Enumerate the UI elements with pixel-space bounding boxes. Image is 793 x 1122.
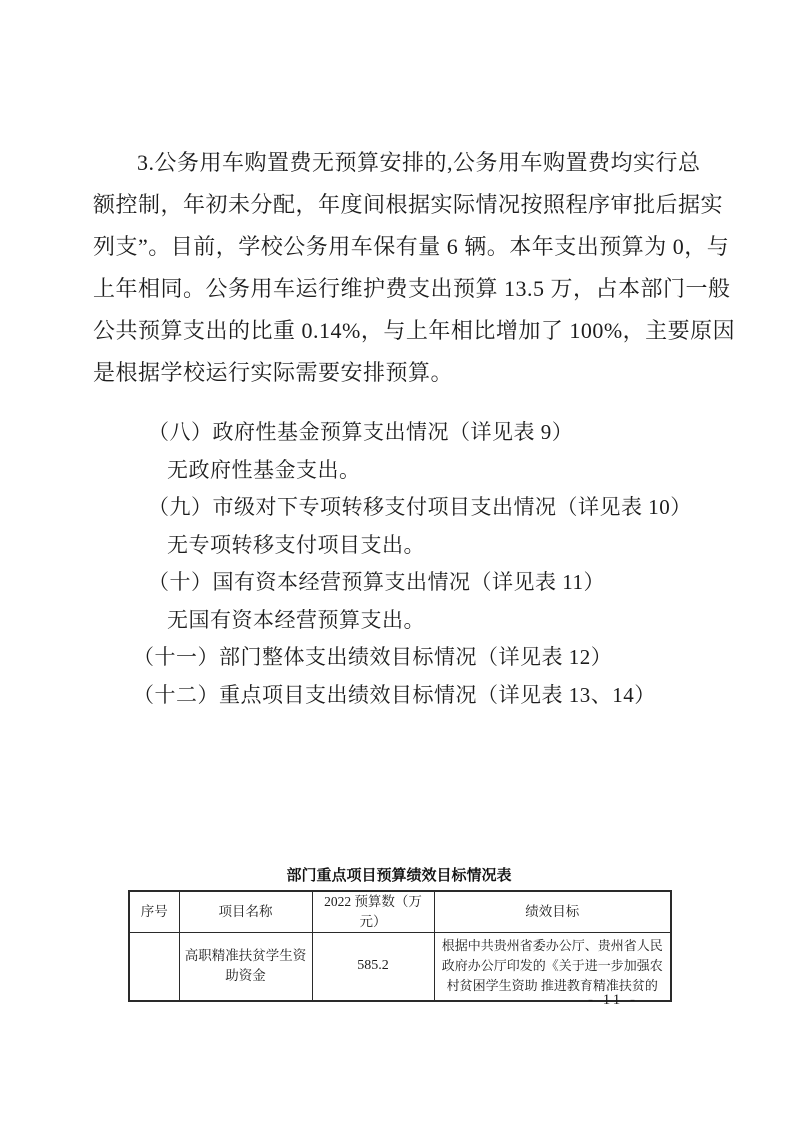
- table-row: 高职精准扶贫学生资助资金 585.2 根据中共贵州省委办公厅、贵州省人民政府办公…: [129, 933, 671, 1001]
- note-no-state-capital-budget: 无国有资本经营预算支出。: [93, 602, 713, 640]
- paragraph-line: 公共预算支出的比重 0.14%，与上年相比增加了 100%，主要原因: [93, 310, 700, 352]
- heading-gov-fund-expenditure: （八）政府性基金预算支出情况（详见表 9）: [93, 414, 713, 452]
- table-title: 部门重点项目预算绩效目标情况表: [128, 864, 670, 885]
- cell-budget: 585.2: [312, 933, 434, 1001]
- performance-target-table: 序号 项目名称 2022 预算数（万元） 绩效目标 高职精准扶贫学生资助资金 5…: [128, 890, 672, 1002]
- col-header-name: 项目名称: [179, 891, 312, 933]
- heading-key-project-performance: （十二）重点项目支出绩效目标情况（详见表 13、14）: [93, 677, 713, 715]
- col-header-seq: 序号: [129, 891, 179, 933]
- page-number: - 11 -: [588, 992, 638, 1009]
- section-list: （八）政府性基金预算支出情况（详见表 9） 无政府性基金支出。 （九）市级对下专…: [93, 414, 713, 714]
- heading-department-overall-performance: （十一）部门整体支出绩效目标情况（详见表 12）: [93, 639, 713, 677]
- note-no-gov-fund-expenditure: 无政府性基金支出。: [93, 452, 713, 490]
- paragraph-line: 上年相同。公务用车运行维护费支出预算 13.5 万，占本部门一般: [93, 268, 700, 310]
- table-header-row: 序号 项目名称 2022 预算数（万元） 绩效目标: [129, 891, 671, 933]
- note-no-transfer-payment: 无专项转移支付项目支出。: [93, 527, 713, 565]
- cell-project-name: 高职精准扶贫学生资助资金: [179, 933, 312, 1001]
- col-header-budget: 2022 预算数（万元）: [312, 891, 434, 933]
- heading-municipal-transfer-payment: （九）市级对下专项转移支付项目支出情况（详见表 10）: [93, 489, 713, 527]
- paragraph-vehicle-budget: 3.公务用车购置费无预算安排的,公务用车购置费均实行总 额控制，年初未分配，年度…: [93, 142, 700, 394]
- document-page: 3.公务用车购置费无预算安排的,公务用车购置费均实行总 额控制，年初未分配，年度…: [0, 0, 793, 1122]
- paragraph-line: 列支”。目前，学校公务用车保有量 6 辆。本年支出预算为 0，与: [93, 226, 700, 268]
- cell-seq: [129, 933, 179, 1001]
- paragraph-line: 额控制，年初未分配，年度间根据实际情况按照程序审批后据实: [93, 184, 700, 226]
- paragraph-line: 3.公务用车购置费无预算安排的,公务用车购置费均实行总: [93, 142, 700, 184]
- cell-target: 根据中共贵州省委办公厅、贵州省人民政府办公厅印发的《关于进一步加强农村贫困学生资…: [434, 933, 671, 1001]
- paragraph-line: 是根据学校运行实际需要安排预算。: [93, 352, 700, 394]
- col-header-target: 绩效目标: [434, 891, 671, 933]
- heading-state-capital-budget: （十）国有资本经营预算支出情况（详见表 11）: [93, 564, 713, 602]
